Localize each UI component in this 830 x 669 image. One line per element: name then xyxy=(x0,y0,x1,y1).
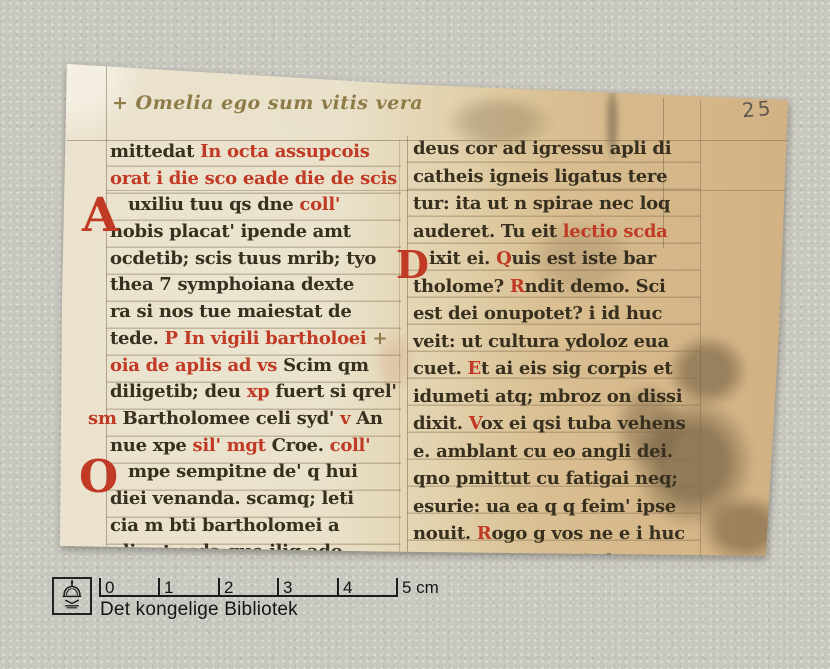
manuscript-line: ulis et scda que ilig ado xyxy=(110,539,405,566)
text-segment-black: diligetib; deu xyxy=(110,381,247,402)
manuscript-line: nue xpe sil' mgt Croe. coll' xyxy=(110,433,405,460)
text-segment-red: xp xyxy=(247,381,276,402)
manuscript-line: oia de aplis ad vs Scim qm xyxy=(110,353,405,380)
text-column-left: mittedat In octa assupcoisorat i die sco… xyxy=(110,139,405,566)
text-column-right: deus cor ad igressu apli dicatheis ignei… xyxy=(413,135,703,575)
text-segment-black: nouit. xyxy=(413,523,477,544)
text-segment-black: ocdetib; scis tuus mrib; tyo xyxy=(110,248,376,269)
manuscript-line: sm Bartholomee celi syd' v An xyxy=(88,406,405,433)
text-segment-red: R xyxy=(477,523,492,544)
text-segment-red: coll' xyxy=(330,435,371,456)
text-segment-black: mittedat xyxy=(110,141,200,162)
text-segment-black: e. amblant cu eo angli dei. xyxy=(413,441,673,462)
manuscript-header: + Omelia ego sum vitis vera xyxy=(112,92,432,114)
text-segment-black: cuet. xyxy=(413,358,468,379)
manuscript-line: catheis igneis ligatus tere xyxy=(413,163,703,191)
text-segment-black: ulis et scda que ilig ado xyxy=(110,541,342,562)
text-segment-black: tede. xyxy=(110,328,165,349)
manuscript-line: orat i die sco eade die de scis xyxy=(110,166,405,193)
manuscript-line: dixit. Vox ei qsi tuba vehens xyxy=(413,410,703,438)
text-segment-black: Croe. xyxy=(272,435,330,456)
text-segment-black: deus cor ad igressu apli di xyxy=(413,138,671,159)
manuscript-line: auderet. Tu eit lectio scda xyxy=(413,218,703,246)
text-segment-black: t ai eis sig corpis et xyxy=(481,358,672,379)
text-segment-red: E xyxy=(468,358,481,379)
folio-number: 25 xyxy=(741,96,774,123)
manuscript-line: ixit ei. Quis est iste bar xyxy=(429,245,703,273)
manuscript-line: tede. P In vigili bartholoei + xyxy=(110,326,405,353)
manuscript-line: veit: ut cultura ydoloz eua xyxy=(413,328,703,356)
text-segment-black: mpe sempitne de' q hui xyxy=(128,461,358,482)
text-segment-red: P In vigili bartholoei xyxy=(165,328,373,349)
text-segment-black: thea 7 symphoiana dexte xyxy=(110,274,354,295)
initial-capital-D: D xyxy=(396,246,429,284)
text-segment-red: V xyxy=(469,413,481,434)
text-segment-black: uxiliu tuu qs dne xyxy=(128,194,299,215)
manuscript-line: tholome? Rndit demo. Sci xyxy=(413,273,703,301)
text-segment-red: sil' mgt xyxy=(193,435,272,456)
text-segment-black: ogo g vos ne e i huc xyxy=(491,523,684,544)
manuscript-fragment: + Omelia ego sum vitis vera 25 mittedat … xyxy=(0,0,830,669)
manuscript-line: mpe sempitne de' q hui xyxy=(128,459,405,486)
text-segment-red: orat i die sco eade die de scis xyxy=(110,168,397,189)
manuscript-line: ra si nos tue maiestat de xyxy=(110,299,405,326)
text-segment-black: ox ei qsi tuba vehens xyxy=(481,413,686,434)
text-segment-black: nue xpe xyxy=(110,435,193,456)
text-segment-black: diei venanda. scamq; leti xyxy=(110,488,354,509)
text-segment-red: sm xyxy=(88,408,123,429)
text-segment-black: tur: ita ut n spirae nec loq xyxy=(413,193,670,214)
manuscript-line: thea 7 symphoiana dexte xyxy=(110,272,405,299)
manuscript-line: cuet. Et ai eis sig corpis et xyxy=(413,355,703,383)
text-segment-red: Q xyxy=(496,248,511,269)
parchment: + Omelia ego sum vitis vera 25 mittedat … xyxy=(52,56,797,564)
text-segment-red: v xyxy=(340,408,356,429)
text-segment-red: lectio scda xyxy=(563,221,668,242)
text-segment-black: cia m bti bartholomei a xyxy=(110,515,339,536)
text-segment-black: catheis igneis ligatus tere xyxy=(413,166,667,187)
manuscript-line: est dei onupotet? i id huc xyxy=(413,300,703,328)
manuscript-line: tur: ita ut n spirae nec loq xyxy=(413,190,703,218)
manuscript-line: cia m bti bartholomei a xyxy=(110,513,405,540)
manuscript-line: ute mite Rz ite miad xyxy=(413,548,703,576)
text-segment-black: dixit. xyxy=(413,413,469,434)
manuscript-line: nobis placat' ipende amt xyxy=(110,219,405,246)
manuscript-line: uxiliu tuu qs dne coll' xyxy=(128,192,405,219)
text-segment-black: fuert si qrel' xyxy=(275,381,396,402)
initial-capital-A: A xyxy=(82,192,118,239)
text-segment-black: esurie: ua ea q q feim' ipse xyxy=(413,496,676,517)
text-segment-black: Bartholomee celi syd' xyxy=(123,408,341,429)
manuscript-line: nouit. Rogo g vos ne e i huc xyxy=(413,520,703,548)
initial-capital-O: O xyxy=(79,454,118,499)
text-segment-black: est dei onupotet? i id huc xyxy=(413,303,662,324)
manuscript-line: idumeti atq; mbroz on dissi xyxy=(413,383,703,411)
manuscript-line: diligetib; deu xp fuert si qrel' xyxy=(110,379,405,406)
manuscript-line: qno pmittut cu fatigai neq; xyxy=(413,465,703,493)
text-segment-black: idumeti atq; mbroz on dissi xyxy=(413,386,682,407)
manuscript-line: diei venanda. scamq; leti xyxy=(110,486,405,513)
manuscript-line: mittedat In octa assupcois xyxy=(110,139,405,166)
manuscript-line: ocdetib; scis tuus mrib; tyo xyxy=(110,246,405,273)
manuscript-line: esurie: ua ea q q feim' ipse xyxy=(413,493,703,521)
text-segment-black: An xyxy=(356,408,382,429)
manuscript-line: deus cor ad igressu apli di xyxy=(413,135,703,163)
text-segment-black: ute mite Rz ite miad xyxy=(413,551,613,572)
text-segment-black: veit: ut cultura ydoloz eua xyxy=(413,331,669,352)
text-segment-black: uis est iste bar xyxy=(512,248,656,269)
text-segment-red: coll' xyxy=(299,194,340,215)
manuscript-line: e. amblant cu eo angli dei. xyxy=(413,438,703,466)
text-segment-black: ndit demo. Sci xyxy=(525,276,666,297)
text-segment-black: nobis placat' ipende amt xyxy=(110,221,351,242)
text-segment-red: In octa assupcois xyxy=(200,141,369,162)
text-segment-red: oia de aplis ad vs xyxy=(110,355,283,376)
text-segment-black: ixit ei. xyxy=(429,248,496,269)
text-segment-olive: + xyxy=(372,328,387,349)
text-segment-black: Scim qm xyxy=(283,355,369,376)
text-segment-black: auderet. Tu eit xyxy=(413,221,563,242)
text-segment-red: R xyxy=(510,276,525,297)
text-segment-black: ra si nos tue maiestat de xyxy=(110,301,352,322)
text-segment-black: qno pmittut cu fatigai neq; xyxy=(413,468,678,489)
